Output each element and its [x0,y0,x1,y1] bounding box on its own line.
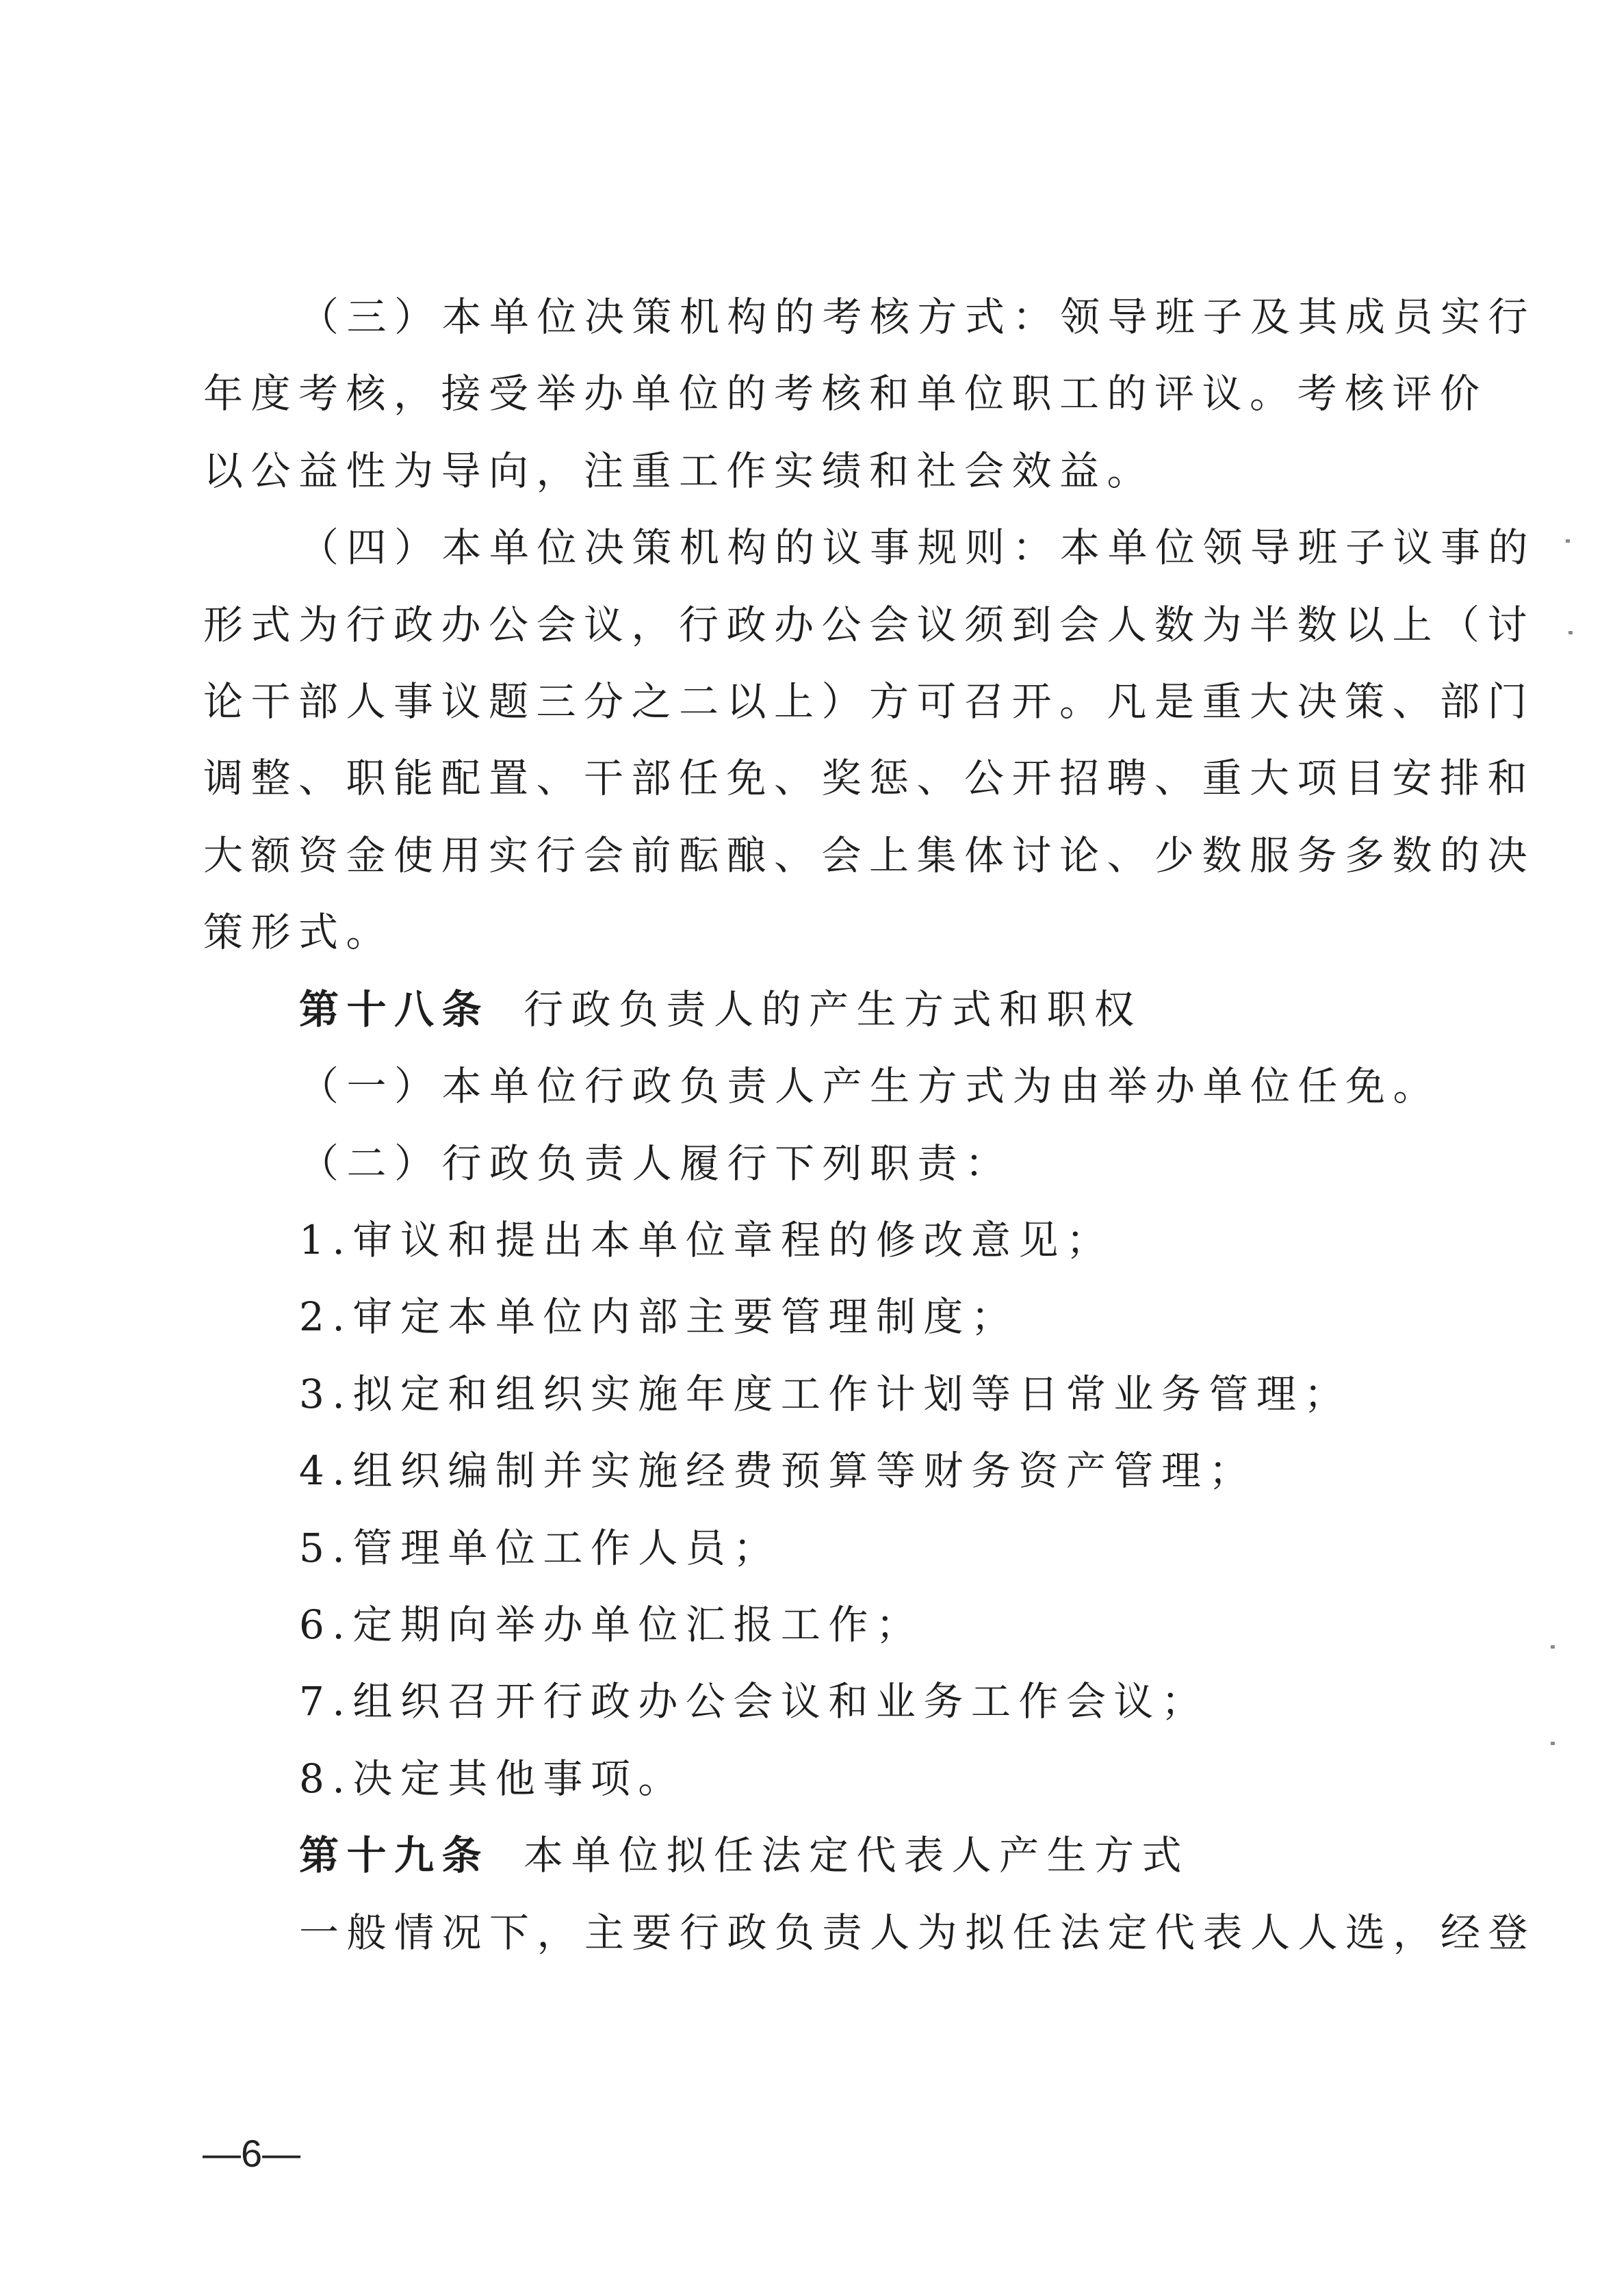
scan-mark [1568,631,1573,634]
list-item: 6.定期向举办单位汇报工作； [299,1586,1517,1663]
paragraph-line: （三）本单位决策机构的考核方式：领导班子及其成员实行 [299,279,1517,355]
scan-mark [1551,1645,1555,1649]
list-item: 2.审定本单位内部主要管理制度； [299,1278,1517,1355]
list-item: 8.决定其他事项。 [299,1740,1517,1817]
list-item: （二）行政负责人履行下列职责： [299,1125,1517,1202]
article-18-heading-text: 行政负责人的产生方式和职权 [524,986,1142,1033]
list-item: （一）本单位行政负责人产生方式为由举办单位任免。 [299,1048,1517,1124]
scan-mark [1566,539,1570,543]
page-number: —6— [203,2130,300,2178]
article-18-title: 第十八条 [299,986,489,1033]
paragraph-line: 年度考核，接受举办单位的考核和单位职工的评议。考核评价 [203,355,1421,432]
list-item: 5.管理单位工作人员； [299,1510,1517,1586]
scan-mark [1551,1742,1555,1745]
paragraph-line: （四）本单位决策机构的议事规则：本单位领导班子议事的 [299,509,1517,586]
list-item: 7.组织召开行政办公会议和业务工作会议； [299,1663,1517,1740]
list-item: 3.拟定和组织实施年度工作计划等日常业务管理； [299,1356,1517,1432]
list-item: 4.组织编制并实施经费预算等财务资产管理； [299,1432,1517,1509]
paragraph-line: 一般情况下，主要行政负责人为拟任法定代表人人选，经登 [299,1894,1517,1971]
article-19-title: 第十九条 [299,1832,489,1879]
paragraph-line: 论干部人事议题三分之二以上）方可召开。凡是重大决策、部门 [203,663,1421,740]
paragraph-line: 大额资金使用实行会前酝酿、会上集体讨论、少数服务多数的决 [203,817,1421,894]
article-19-heading: 第十九条本单位拟任法定代表人产生方式 [299,1817,1517,1894]
list-item: 1.审议和提出本单位章程的修改意见； [299,1202,1517,1278]
article-19-heading-text: 本单位拟任法定代表人产生方式 [524,1832,1189,1879]
paragraph-line: 调整、职能配置、干部任免、奖惩、公开招聘、重大项目安排和 [203,740,1421,816]
document-page: （三）本单位决策机构的考核方式：领导班子及其成员实行 年度考核，接受举办单位的考… [0,0,1615,2296]
paragraph-line: 形式为行政办公会议，行政办公会议须到会人数为半数以上（讨 [203,586,1421,663]
paragraph-line: 策形式。 [203,894,1421,970]
article-18-heading: 第十八条行政负责人的产生方式和职权 [299,971,1517,1048]
paragraph-line: 以公益性为导向，注重工作实绩和社会效益。 [203,433,1421,509]
